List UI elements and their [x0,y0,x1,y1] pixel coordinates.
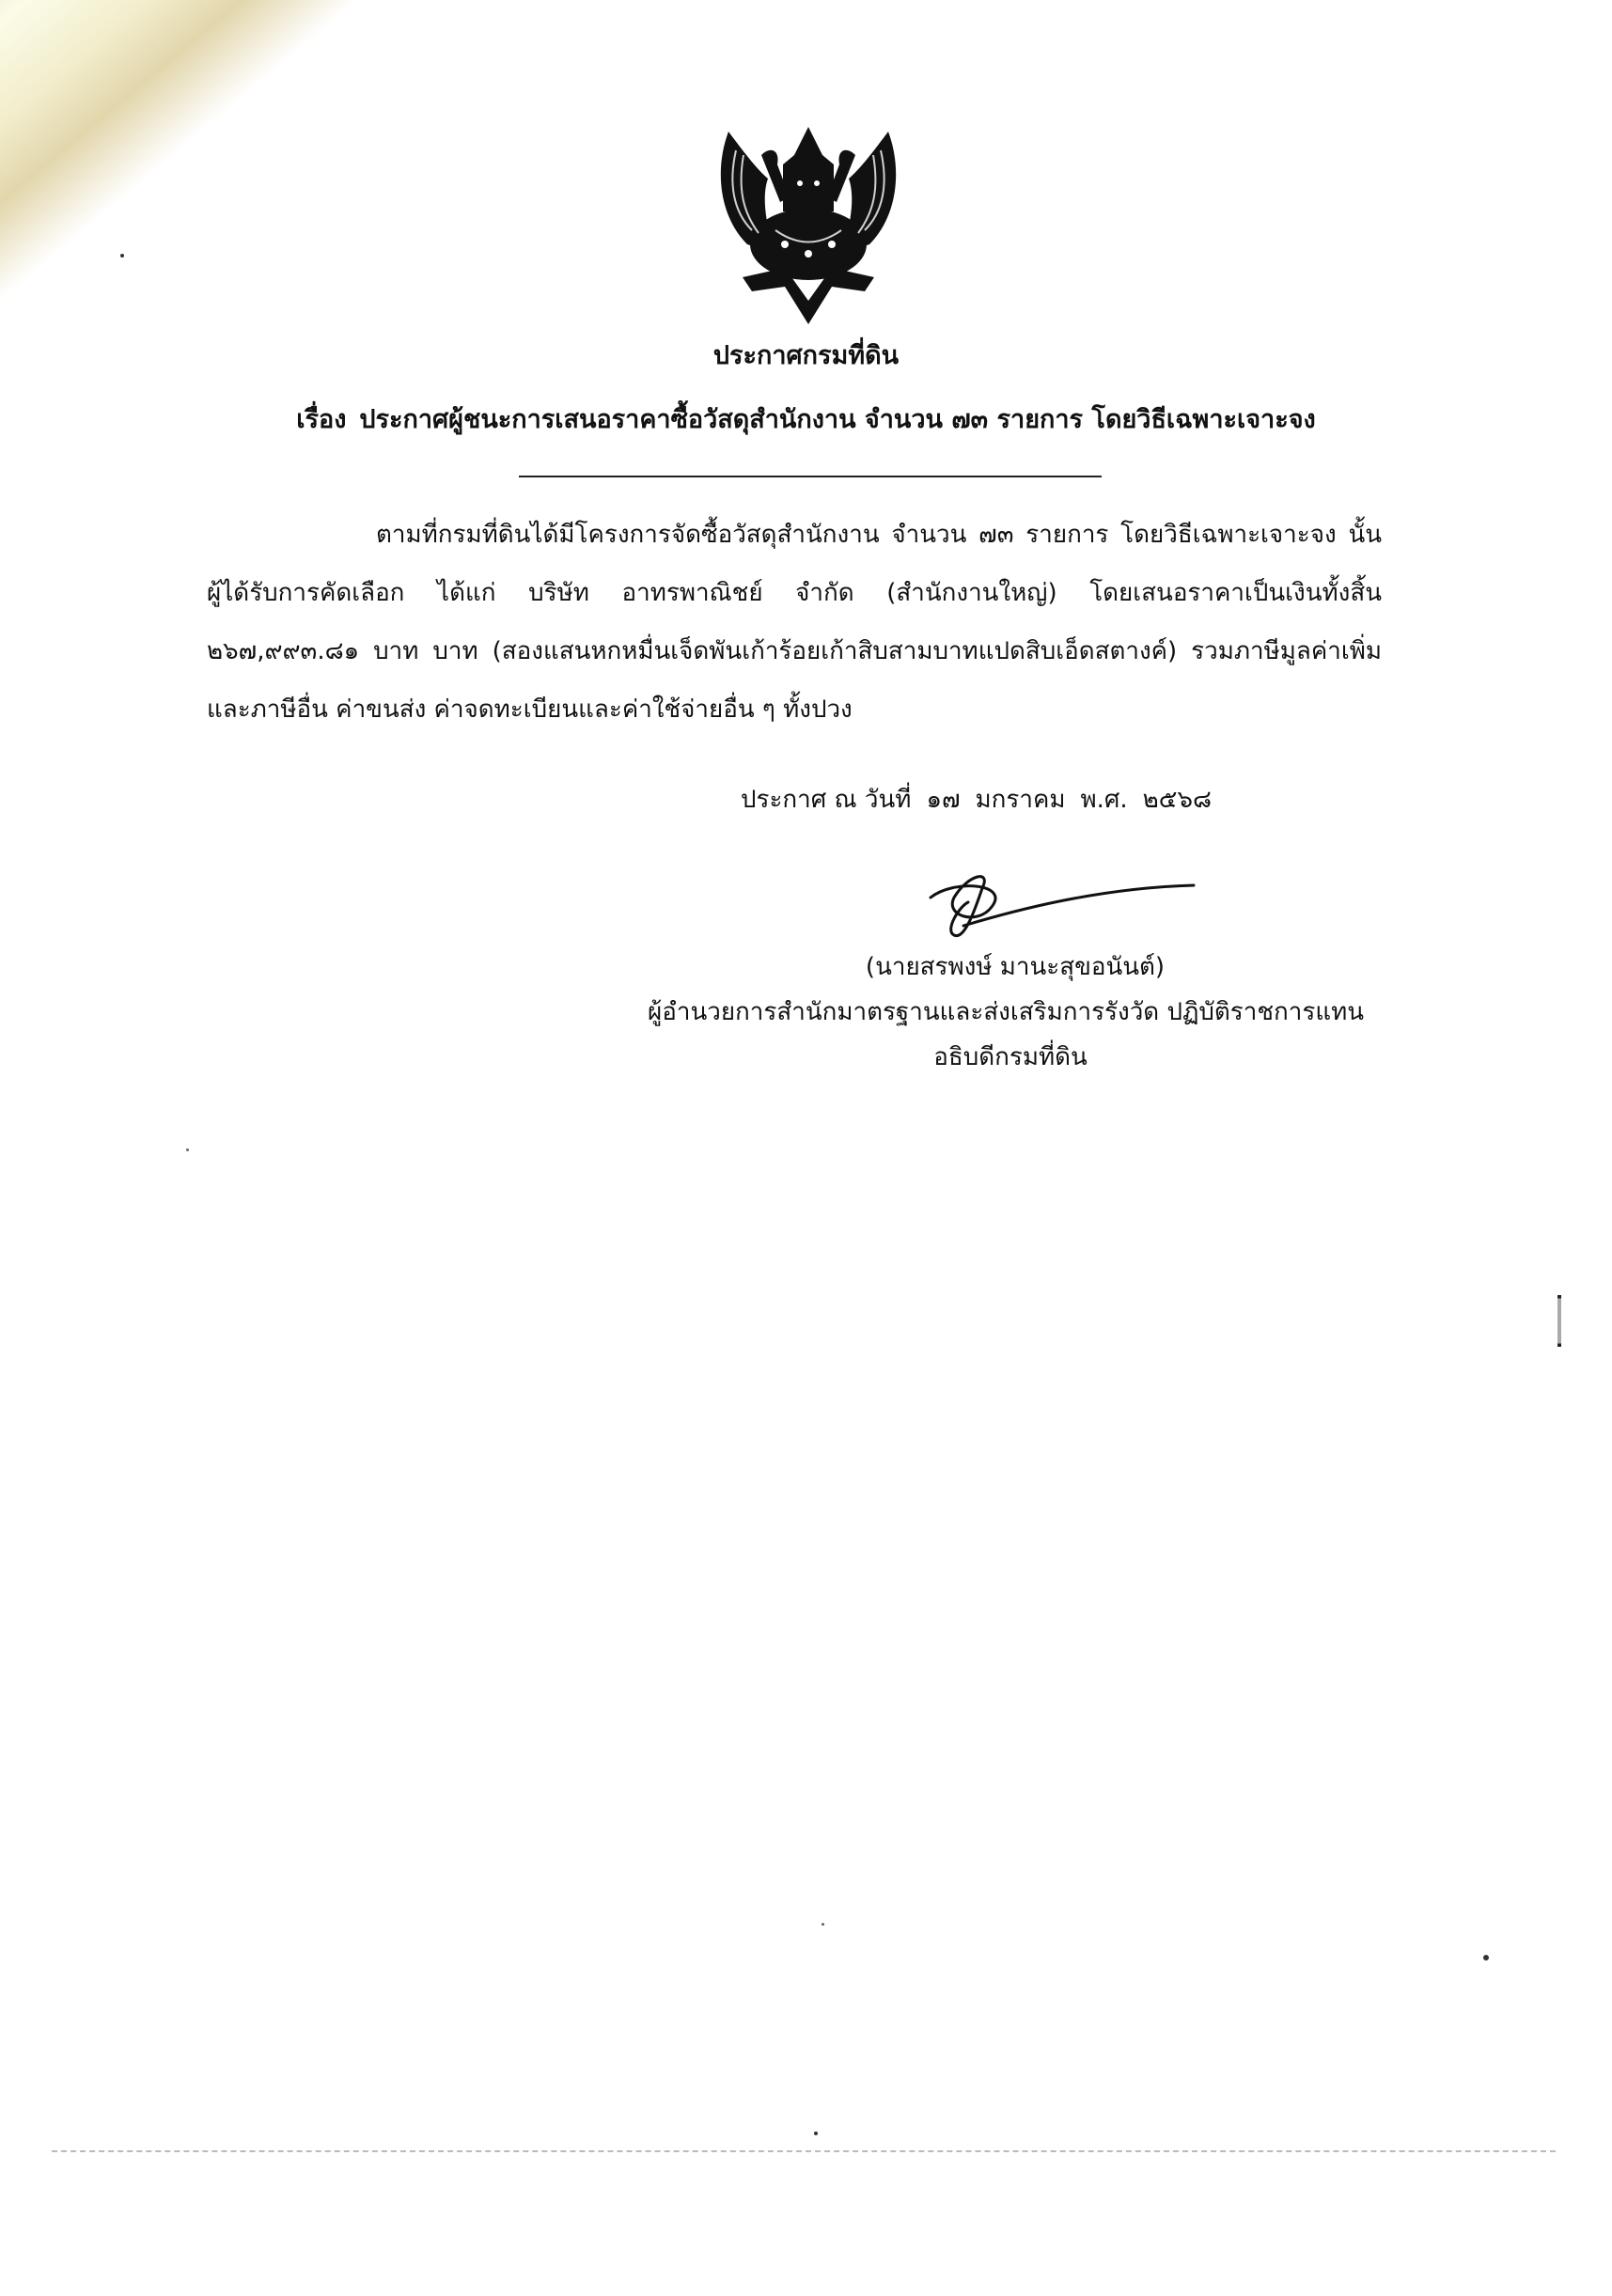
scan-fold-shadow [0,0,810,346]
subject-text: ประกาศผู้ชนะการเสนอราคาซื้อวัสดุสำนักงาน… [359,405,1315,434]
signatory-position-2: อธิบดีกรมที่ดิน [620,1035,1391,1080]
scan-fold-crease [0,0,438,198]
scan-speck [822,1923,824,1926]
date-year: ๒๕๖๘ [1143,786,1212,814]
date-day: ๑๗ [926,786,960,814]
date-year-label: พ.ศ. [1081,786,1128,814]
signatory-position: ผู้อำนวยการสำนักมาตรฐานและส่งเสริมการรัง… [620,990,1391,1035]
document-title: ประกาศกรมที่ดิน [0,335,1612,375]
signatory-name: (นายสรพงษ์ มานะสุขอนันต์) [620,945,1391,990]
scan-speck [1483,1955,1489,1960]
scan-speck [814,2132,818,2135]
body-paragraph: ตามที่กรมที่ดินได้มีโครงการจัดซื้อวัสดุส… [207,506,1382,739]
garuda-emblem-icon [710,113,907,329]
signatory-block: (นายสรพงษ์ มานะสุขอนันต์) ผู้อำนวยการสำน… [620,945,1391,1080]
scan-mark [1557,1295,1561,1347]
scan-speck [120,254,124,258]
title-divider [519,476,1102,477]
announcement-date: ประกาศ ณ วันที่๑๗มกราคมพ.ศ.๒๕๖๘ [741,780,1227,819]
document-subject: เรื่องประกาศผู้ชนะการเสนอราคาซื้อวัสดุสำ… [0,398,1612,439]
scan-speck [186,1148,189,1151]
date-month: มกราคม [976,786,1066,814]
handwritten-signature-icon [926,865,1208,949]
page-bottom-edge [52,2150,1556,2152]
announcement-body: ตามที่กรมที่ดินได้มีโครงการจัดซื้อวัสดุส… [207,506,1382,739]
subject-label: เรื่อง [296,405,346,434]
date-prefix: ประกาศ ณ วันที่ [741,786,911,814]
